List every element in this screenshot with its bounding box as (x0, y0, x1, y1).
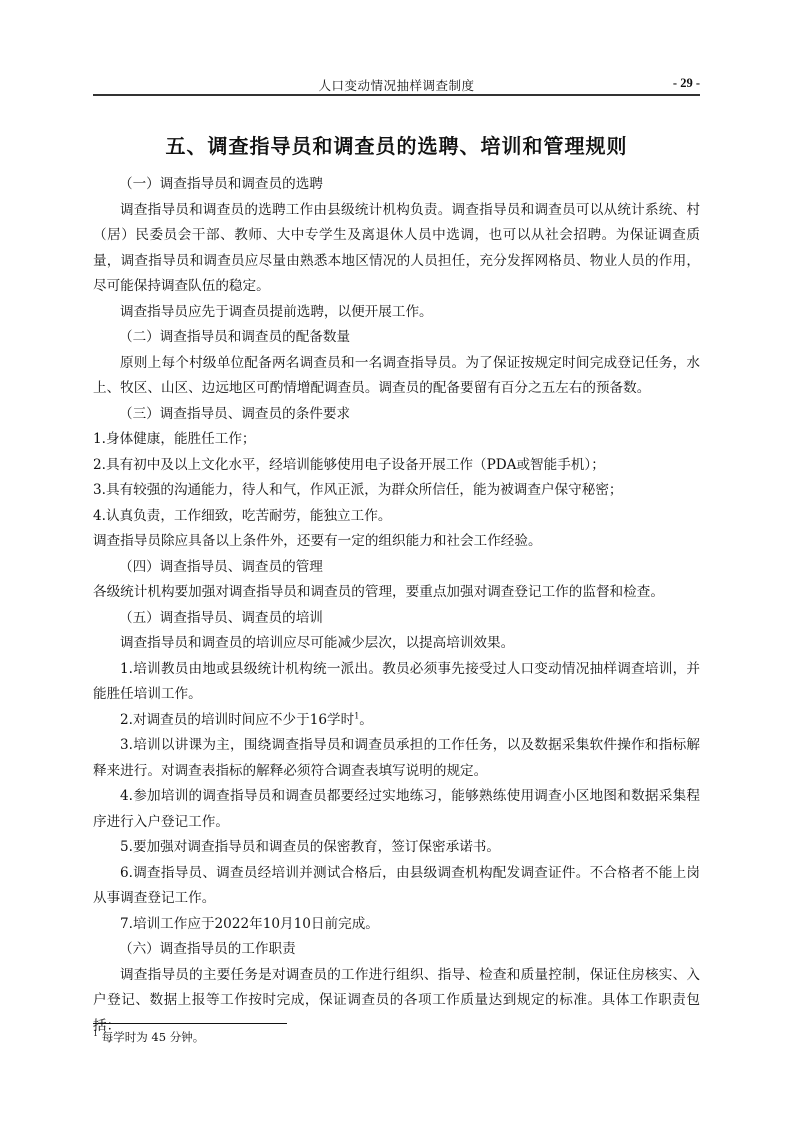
list-item: 2.对调查员的培训时间应不少于16学时1。 (93, 708, 700, 734)
page-number: - 29 - (673, 76, 700, 91)
paragraph: 调查指导员除应具备以上条件外，还要有一定的组织能力和社会工作经验。 (93, 529, 700, 555)
list-item: 1.培训教员由地或县级统计机构统一派出。教员必须事先接受过人口变动情况抽样调查培… (93, 657, 700, 708)
section-heading-1: （一）调查指导员和调查员的选聘 (93, 172, 700, 198)
list-item: 3.具有较强的沟通能力，待人和气，作风正派，为群众所信任，能为被调查户保守秘密； (93, 478, 700, 504)
paragraph: 调查指导员和调查员的选聘工作由县级统计机构负责。调查指导员和调查员可以从统计系统… (93, 198, 700, 300)
header-title: 人口变动情况抽样调查制度 (93, 76, 700, 94)
paragraph: 各级统计机构要加强对调查指导员和调查员的管理，要重点加强对调查登记工作的监督和检… (93, 580, 700, 606)
list-item: 2.具有初中及以上文化水平，经培训能够使用电子设备开展工作（PDA或智能手机）； (93, 453, 700, 479)
list-item: 5.要加强对调查指导员和调查员的保密教育，签订保密承诺书。 (93, 835, 700, 861)
section-heading-4: （四）调查指导员、调查员的管理 (93, 555, 700, 581)
item-text: 2.对调查员的培训时间应不少于16学时 (120, 712, 354, 728)
list-item: 3.培训以讲课为主，围绕调查指导员和调查员承担的工作任务，以及数据采集软件操作和… (93, 733, 700, 784)
footnote: 1 每学时为 45 分钟。 (93, 1029, 204, 1045)
footnote-divider (93, 1023, 287, 1024)
list-item: 4.认真负责，工作细致，吃苦耐劳，能独立工作。 (93, 504, 700, 530)
list-item: 7.培训工作应于2022年10月10日前完成。 (93, 912, 700, 938)
section-heading-2: （二）调查指导员和调查员的配备数量 (93, 325, 700, 351)
footnote-marker: 1 (93, 1029, 98, 1038)
section-heading-6: （六）调查指导员的工作职责 (93, 937, 700, 963)
footnote-text: 每学时为 45 分钟。 (102, 1030, 204, 1044)
list-item: 1.身体健康，能胜任工作； (93, 427, 700, 453)
section-heading-3: （三）调查指导员、调查员的条件要求 (93, 402, 700, 428)
paragraph: 原则上每个村级单位配备两名调查员和一名调查指导员。为了保证按规定时间完成登记任务… (93, 351, 700, 402)
list-item: 6.调查指导员、调查员经培训并测试合格后，由县级调查机构配发调查证件。不合格者不… (93, 861, 700, 912)
paragraph: 调查指导员和调查员的培训应尽可能减少层次，以提高培训效果。 (93, 631, 700, 657)
document-body: （一）调查指导员和调查员的选聘 调查指导员和调查员的选聘工作由县级统计机构负责。… (93, 172, 700, 1039)
header-rule (93, 94, 700, 96)
document-title: 五、调查指导员和调查员的选聘、培训和管理规则 (93, 130, 700, 159)
item-suffix: 。 (359, 712, 373, 728)
section-heading-5: （五）调查指导员、调查员的培训 (93, 606, 700, 632)
paragraph: 调查指导员的主要任务是对调查员的工作进行组织、指导、检查和质量控制，保证住房核实… (93, 963, 700, 1040)
list-item: 4.参加培训的调查指导员和调查员都要经过实地练习，能够熟练使用调查小区地图和数据… (93, 784, 700, 835)
page-header: 人口变动情况抽样调查制度 - 29 - (93, 74, 700, 94)
paragraph: 调查指导员应先于调查员提前选聘，以便开展工作。 (93, 300, 700, 326)
